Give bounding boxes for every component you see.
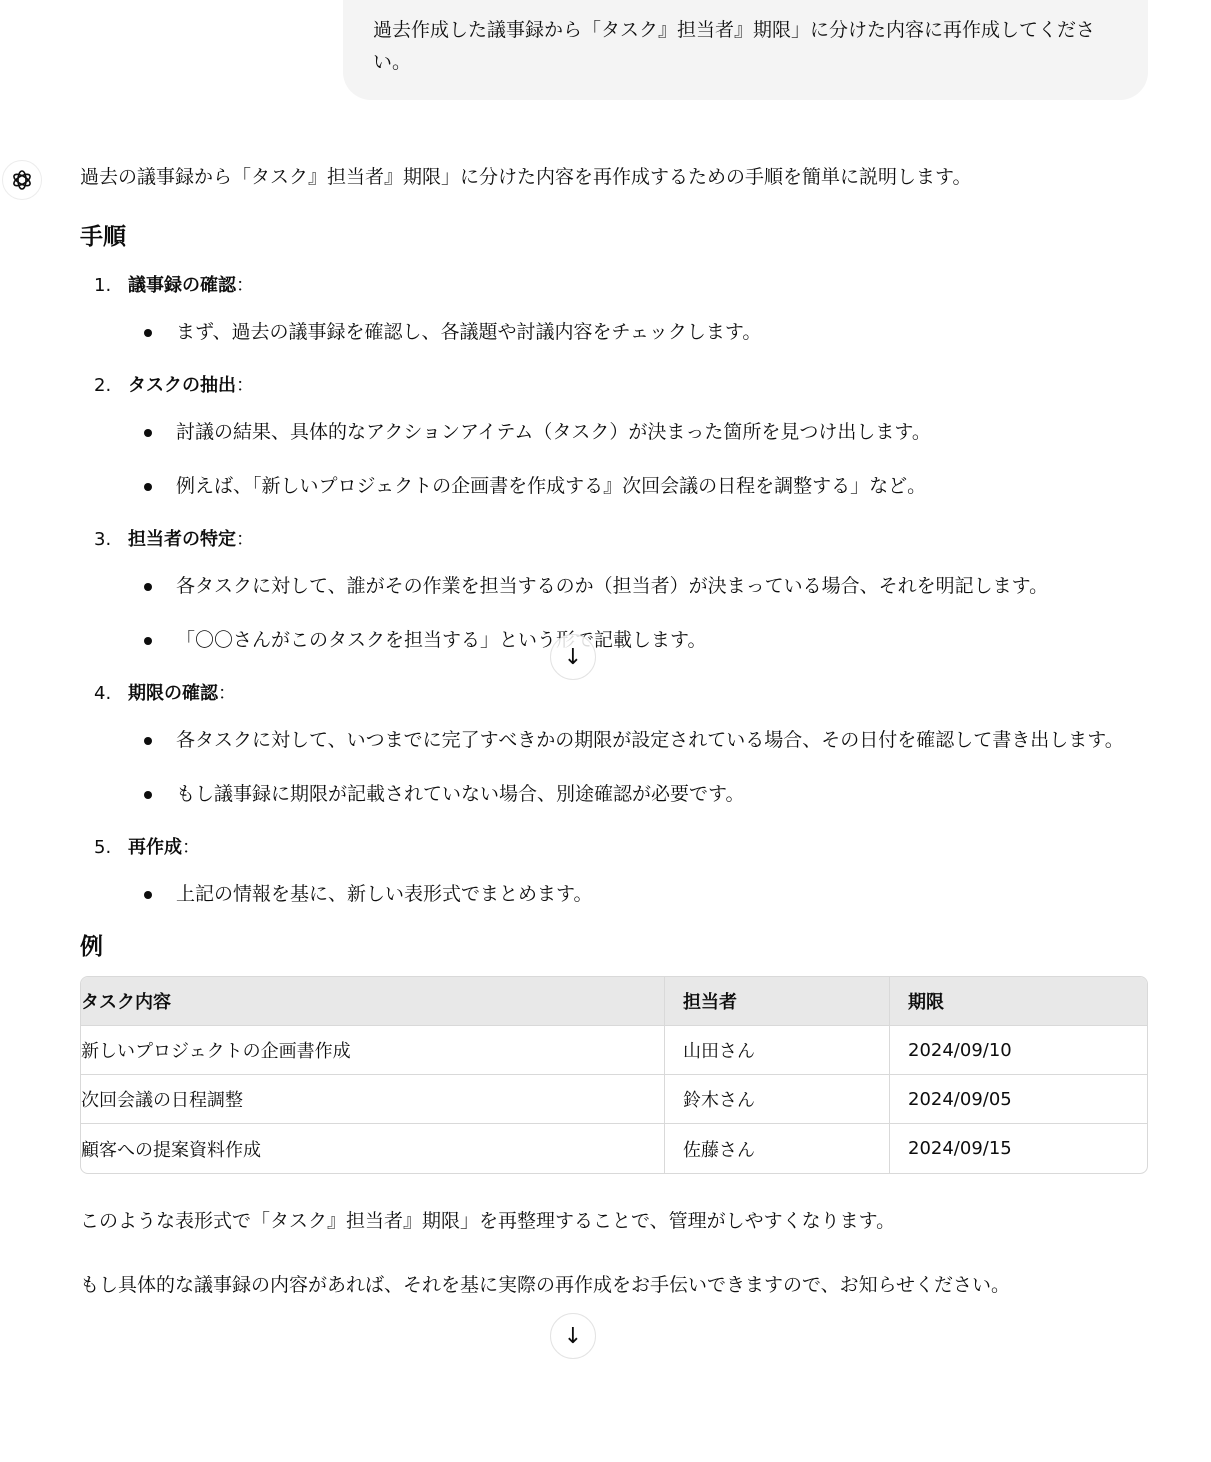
- bullet-item: もし議事録に期限が記載されていない場合、別途確認が必要です。: [128, 776, 1148, 813]
- cell-task: 次回会議の日程調整: [81, 1075, 664, 1124]
- table-header-row: タスク内容 担当者 期限: [81, 977, 1147, 1026]
- step-item: 1.議事録の確認： まず、過去の議事録を確認し、各議題や討議内容をチェックします…: [80, 268, 1148, 351]
- step-item: 5.再作成： 上記の情報を基に、新しい表形式でまとめます。: [80, 830, 1148, 913]
- cell-task: 新しいプロジェクトの企画書作成: [81, 1026, 664, 1075]
- closing-paragraph-2: もし具体的な議事録の内容があれば、それを基に実際の再作成をお手伝いできますので、…: [80, 1268, 1148, 1302]
- openai-logo-icon: [10, 168, 34, 192]
- step-number: 5.: [94, 830, 111, 866]
- bullet-list: 討議の結果、具体的なアクションアイテム（タスク）が決まった箇所を見つけ出します。…: [128, 414, 1148, 505]
- table-row: 次回会議の日程調整 鈴木さん 2024/09/05: [81, 1075, 1147, 1124]
- bullet-item: 各タスクに対して、誰がその作業を担当するのか（担当者）が決まっている場合、それを…: [128, 568, 1148, 605]
- step-colon: ：: [182, 837, 200, 858]
- cell-task: 顧客への提案資料作成: [81, 1124, 664, 1173]
- bullet-item: 「〇〇さんがこのタスクを担当する」という形で記載します。: [128, 622, 1148, 659]
- cell-deadline: 2024/09/15: [889, 1124, 1147, 1173]
- cell-deadline: 2024/09/05: [889, 1075, 1147, 1124]
- scroll-to-bottom-button[interactable]: ↓: [550, 634, 596, 680]
- table-row: 顧客への提案資料作成 佐藤さん 2024/09/15: [81, 1124, 1147, 1173]
- steps-heading: 手順: [80, 220, 1148, 254]
- step-colon: ：: [236, 529, 254, 550]
- step-number: 2.: [94, 368, 111, 404]
- steps-list: 1.議事録の確認： まず、過去の議事録を確認し、各議題や討議内容をチェックします…: [80, 268, 1148, 913]
- bullet-item: 上記の情報を基に、新しい表形式でまとめます。: [128, 876, 1148, 913]
- step-title: 期限の確認: [128, 683, 218, 704]
- step-item: 4.期限の確認： 各タスクに対して、いつまでに完了すべきかの期限が設定されている…: [80, 676, 1148, 813]
- bullet-list: 各タスクに対して、誰がその作業を担当するのか（担当者）が決まっている場合、それを…: [128, 568, 1148, 659]
- user-message-bubble: 過去作成した議事録から「タスク』担当者』期限」に分けた内容に再作成してください。: [343, 0, 1148, 100]
- table-row: 新しいプロジェクトの企画書作成 山田さん 2024/09/10: [81, 1026, 1147, 1075]
- assistant-intro: 過去の議事録から「タスク』担当者』期限」に分けた内容を再作成するための手順を簡単…: [80, 160, 1148, 194]
- bullet-item: 例えば、「新しいプロジェクトの企画書を作成する』次回会議の日程を調整する」など。: [128, 468, 1148, 505]
- step-number: 3.: [94, 522, 111, 558]
- step-title: 担当者の特定: [128, 529, 236, 550]
- bullet-item: まず、過去の議事録を確認し、各議題や討議内容をチェックします。: [128, 314, 1148, 351]
- closing-paragraph-1: このような表形式で「タスク』担当者』期限」を再整理することで、管理がしやすくなり…: [80, 1204, 1148, 1238]
- bullet-list: 上記の情報を基に、新しい表形式でまとめます。: [128, 876, 1148, 913]
- step-title: 議事録の確認: [128, 275, 236, 296]
- column-header-task: タスク内容: [81, 977, 664, 1026]
- bullet-list: まず、過去の議事録を確認し、各議題や討議内容をチェックします。: [128, 314, 1148, 351]
- step-colon: ：: [236, 275, 254, 296]
- assistant-avatar: [2, 160, 42, 200]
- arrow-down-icon: ↓: [564, 1324, 582, 1349]
- cell-deadline: 2024/09/10: [889, 1026, 1147, 1075]
- scroll-to-bottom-button[interactable]: ↓: [550, 1313, 596, 1359]
- example-heading: 例: [80, 930, 1148, 964]
- step-item: 3.担当者の特定： 各タスクに対して、誰がその作業を担当するのか（担当者）が決ま…: [80, 522, 1148, 659]
- step-title: 再作成: [128, 837, 182, 858]
- step-colon: ：: [218, 683, 236, 704]
- step-number: 1.: [94, 268, 111, 304]
- step-number: 4.: [94, 676, 111, 712]
- bullet-list: 各タスクに対して、いつまでに完了すべきかの期限が設定されている場合、その日付を確…: [128, 722, 1148, 813]
- column-header-assignee: 担当者: [664, 977, 889, 1026]
- cell-assignee: 鈴木さん: [664, 1075, 889, 1124]
- example-table: タスク内容 担当者 期限 新しいプロジェクトの企画書作成 山田さん 2024/0…: [80, 976, 1148, 1174]
- step-colon: ：: [236, 375, 254, 396]
- bullet-item: 討議の結果、具体的なアクションアイテム（タスク）が決まった箇所を見つけ出します。: [128, 414, 1148, 451]
- bullet-item: 各タスクに対して、いつまでに完了すべきかの期限が設定されている場合、その日付を確…: [128, 722, 1148, 759]
- cell-assignee: 佐藤さん: [664, 1124, 889, 1173]
- cell-assignee: 山田さん: [664, 1026, 889, 1075]
- step-item: 2.タスクの抽出： 討議の結果、具体的なアクションアイテム（タスク）が決まった箇…: [80, 368, 1148, 505]
- step-title: タスクの抽出: [128, 375, 236, 396]
- user-message-text: 過去作成した議事録から「タスク』担当者』期限」に分けた内容に再作成してください。: [373, 19, 1095, 73]
- column-header-deadline: 期限: [889, 977, 1147, 1026]
- assistant-message: 過去の議事録から「タスク』担当者』期限」に分けた内容を再作成するための手順を簡単…: [80, 160, 1148, 1302]
- arrow-down-icon: ↓: [564, 645, 582, 670]
